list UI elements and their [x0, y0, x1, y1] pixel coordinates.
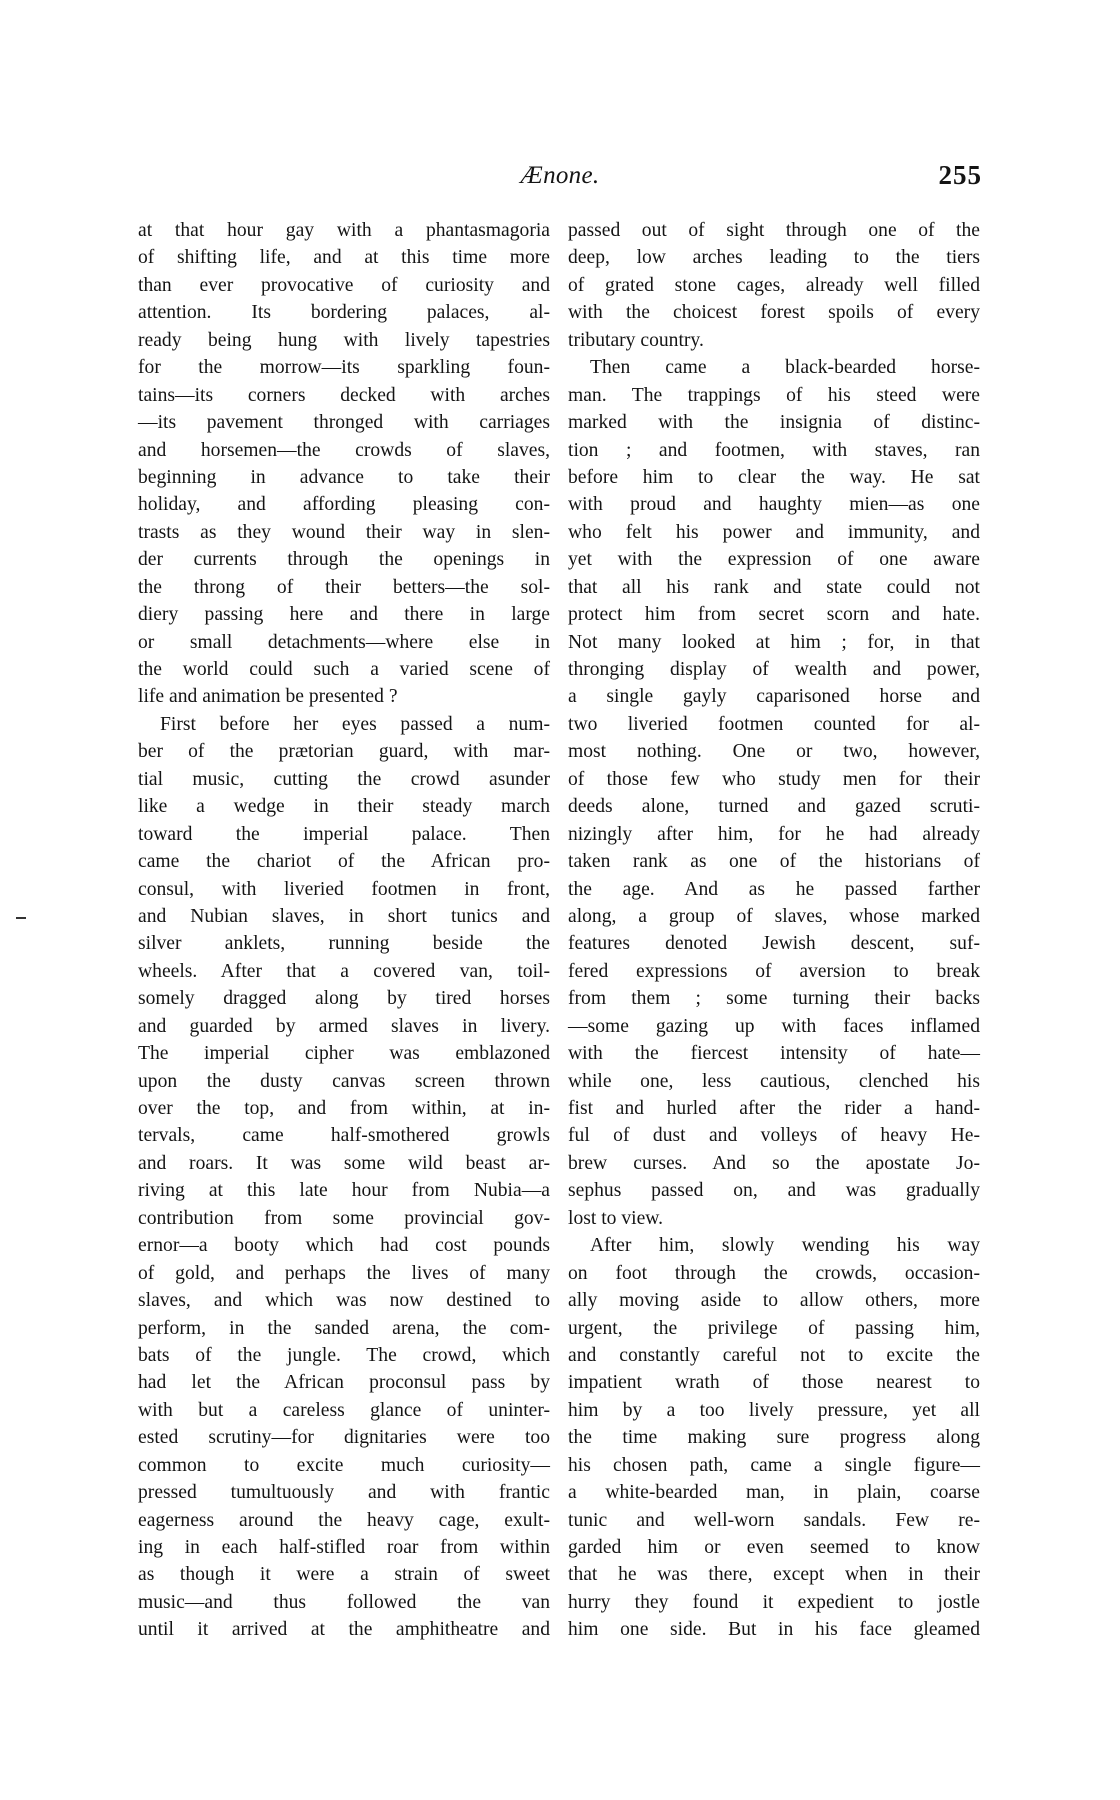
- text-line: life and animation be presented ?: [138, 683, 550, 710]
- text-line: over the top, and from within, at in-: [138, 1095, 550, 1122]
- text-line: ready being hung with lively tapestries: [138, 327, 550, 354]
- text-line: a single gayly caparisoned horse and: [568, 683, 980, 710]
- text-line: brew curses. And so the apostate Jo-: [568, 1150, 980, 1177]
- text-line: ful of dust and volleys of heavy He-: [568, 1122, 980, 1149]
- text-line: on foot through the crowds, occasion-: [568, 1260, 980, 1287]
- text-line: protect him from secret scorn and hate.: [568, 601, 980, 628]
- text-line: toward the imperial palace. Then: [138, 821, 550, 848]
- text-line: and horsemen—the crowds of slaves,: [138, 437, 550, 464]
- text-line: and constantly careful not to excite the: [568, 1342, 980, 1369]
- right-column: passed out of sight through one of thede…: [568, 217, 980, 1644]
- text-line: thronging display of wealth and power,: [568, 656, 980, 683]
- text-line: First before her eyes passed a num-: [138, 711, 550, 738]
- text-line: from them ; some turning their backs: [568, 985, 980, 1012]
- text-line: diery passing here and there in large: [138, 601, 550, 628]
- text-line: the world could such a varied scene of: [138, 656, 550, 683]
- text-line: ally moving aside to allow others, more: [568, 1287, 980, 1314]
- text-line: who felt his power and immunity, and: [568, 519, 980, 546]
- text-line: holiday, and affording pleasing con-: [138, 491, 550, 518]
- book-page: Ænone. 255 at that hour gay with a phant…: [0, 0, 1120, 1800]
- text-line: impatient wrath of those nearest to: [568, 1369, 980, 1396]
- text-line: The imperial cipher was emblazoned: [138, 1040, 550, 1067]
- text-line: bats of the jungle. The crowd, which: [138, 1342, 550, 1369]
- text-line: and Nubian slaves, in short tunics and: [138, 903, 550, 930]
- text-line: hurry they found it expedient to jostle: [568, 1589, 980, 1616]
- running-head: Ænone. 255: [138, 160, 982, 196]
- text-line: tunic and well-worn sandals. Few re-: [568, 1507, 980, 1534]
- text-line: that all his rank and state could not: [568, 574, 980, 601]
- text-line: tains—its corners decked with arches: [138, 382, 550, 409]
- text-line: tial music, cutting the crowd asunder: [138, 766, 550, 793]
- text-line: him one side. But in his face gleamed: [568, 1616, 980, 1643]
- text-line: with the choicest forest spoils of every: [568, 299, 980, 326]
- text-line: common to excite much curiosity—: [138, 1452, 550, 1479]
- text-line: der currents through the openings in: [138, 546, 550, 573]
- text-line: somely dragged along by tired horses: [138, 985, 550, 1012]
- text-line: than ever provocative of curiosity and: [138, 272, 550, 299]
- text-line: for the morrow—its sparkling foun-: [138, 354, 550, 381]
- text-line: most nothing. One or two, however,: [568, 738, 980, 765]
- text-line: a white-bearded man, in plain, coarse: [568, 1479, 980, 1506]
- text-line: ested scrutiny—for dignitaries were too: [138, 1424, 550, 1451]
- text-line: with the fiercest intensity of hate—: [568, 1040, 980, 1067]
- text-line: ing in each half-stifled roar from withi…: [138, 1534, 550, 1561]
- text-line: at that hour gay with a phantasmagoria: [138, 217, 550, 244]
- text-line: fist and hurled after the rider a hand-: [568, 1095, 980, 1122]
- text-line: deeds alone, turned and gazed scruti-: [568, 793, 980, 820]
- left-column: at that hour gay with a phantasmagoriaof…: [138, 217, 550, 1644]
- text-line: the throng of their betters—the sol-: [138, 574, 550, 601]
- text-line: the time making sure progress along: [568, 1424, 980, 1451]
- text-line: yet with the expression of one aware: [568, 546, 980, 573]
- text-line: tervals, came half-smothered growls: [138, 1122, 550, 1149]
- text-line: Not many looked at him ; for, in that: [568, 629, 980, 656]
- text-line: garded him or even seemed to know: [568, 1534, 980, 1561]
- text-line: passed out of sight through one of the: [568, 217, 980, 244]
- text-line: like a wedge in their steady march: [138, 793, 550, 820]
- text-line: marked with the insignia of distinc-: [568, 409, 980, 436]
- text-line: of grated stone cages, already well fill…: [568, 272, 980, 299]
- text-line: riving at this late hour from Nubia—a: [138, 1177, 550, 1204]
- text-line: man. The trappings of his steed were: [568, 382, 980, 409]
- text-line: lost to view.: [568, 1205, 980, 1232]
- text-line: nizingly after him, for he had already: [568, 821, 980, 848]
- text-line: Then came a black-bearded horse-: [568, 354, 980, 381]
- text-line: him by a too lively pressure, yet all: [568, 1397, 980, 1424]
- text-line: taken rank as one of the historians of: [568, 848, 980, 875]
- text-line: tributary country.: [568, 327, 980, 354]
- text-line: —its pavement thronged with carriages: [138, 409, 550, 436]
- text-line: two liveried footmen counted for al-: [568, 711, 980, 738]
- running-title: Ænone.: [138, 162, 982, 190]
- text-line: ber of the prætorian guard, with mar-: [138, 738, 550, 765]
- text-line: with but a careless glance of uninter-: [138, 1397, 550, 1424]
- text-line: attention. Its bordering palaces, al-: [138, 299, 550, 326]
- text-line: upon the dusty canvas screen thrown: [138, 1068, 550, 1095]
- text-line: of shifting life, and at this time more: [138, 244, 550, 271]
- text-line: beginning in advance to take their: [138, 464, 550, 491]
- text-line: of gold, and perhaps the lives of many: [138, 1260, 550, 1287]
- text-line: had let the African proconsul pass by: [138, 1369, 550, 1396]
- text-line: as though it were a strain of sweet: [138, 1561, 550, 1588]
- text-line: perform, in the sanded arena, the com-: [138, 1315, 550, 1342]
- page-number: 255: [939, 160, 983, 191]
- text-line: that he was there, except when in their: [568, 1561, 980, 1588]
- text-line: ernor—a booty which had cost pounds: [138, 1232, 550, 1259]
- text-line: his chosen path, came a single figure—: [568, 1452, 980, 1479]
- text-line: of those few who study men for their: [568, 766, 980, 793]
- text-line: —some gazing up with faces inflamed: [568, 1013, 980, 1040]
- text-line: tion ; and footmen, with staves, ran: [568, 437, 980, 464]
- text-line: eagerness around the heavy cage, exult-: [138, 1507, 550, 1534]
- text-line: music—and thus followed the van: [138, 1589, 550, 1616]
- text-line: trasts as they wound their way in slen-: [138, 519, 550, 546]
- text-line: slaves, and which was now destined to: [138, 1287, 550, 1314]
- text-line: silver anklets, running beside the: [138, 930, 550, 957]
- text-line: After him, slowly wending his way: [568, 1232, 980, 1259]
- text-line: and guarded by armed slaves in livery.: [138, 1013, 550, 1040]
- text-line: until it arrived at the amphitheatre and: [138, 1616, 550, 1643]
- text-line: came the chariot of the African pro-: [138, 848, 550, 875]
- text-line: or small detachments—where else in: [138, 629, 550, 656]
- text-line: wheels. After that a covered van, toil-: [138, 958, 550, 985]
- text-line: contribution from some provincial gov-: [138, 1205, 550, 1232]
- text-line: features denoted Jewish descent, suf-: [568, 930, 980, 957]
- text-line: consul, with liveried footmen in front,: [138, 876, 550, 903]
- text-line: along, a group of slaves, whose marked: [568, 903, 980, 930]
- text-line: while one, less cautious, clenched his: [568, 1068, 980, 1095]
- text-line: fered expressions of aversion to break: [568, 958, 980, 985]
- margin-mark: [16, 917, 26, 919]
- text-line: before him to clear the way. He sat: [568, 464, 980, 491]
- text-line: urgent, the privilege of passing him,: [568, 1315, 980, 1342]
- text-line: pressed tumultuously and with frantic: [138, 1479, 550, 1506]
- text-line: with proud and haughty mien—as one: [568, 491, 980, 518]
- text-line: the age. And as he passed farther: [568, 876, 980, 903]
- text-line: deep, low arches leading to the tiers: [568, 244, 980, 271]
- text-line: and roars. It was some wild beast ar-: [138, 1150, 550, 1177]
- text-line: sephus passed on, and was gradually: [568, 1177, 980, 1204]
